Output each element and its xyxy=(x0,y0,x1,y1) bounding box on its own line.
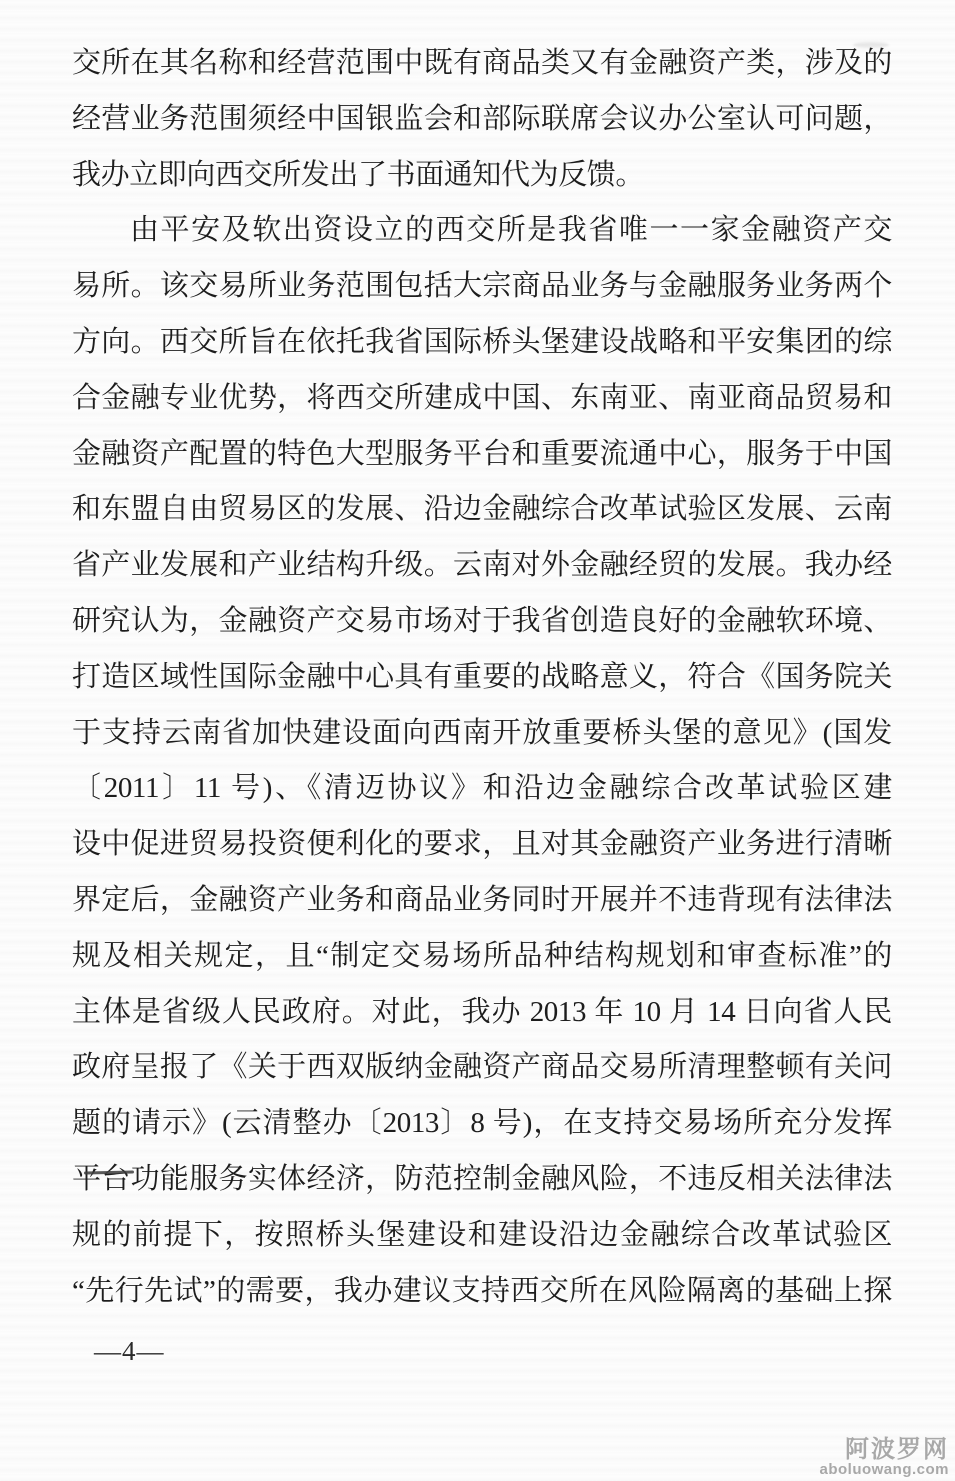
watermark-site-url: aboluowang.com xyxy=(819,1462,949,1478)
text-line: 交所在其名称和经营范围中既有商品类又有金融资产类，涉及的 xyxy=(72,36,892,92)
text-line: 主体是省级人民政府。对此，我办 2013 年 10 月 14 日向省人民 xyxy=(72,985,892,1041)
text-line: 于支持云南省加快建设面向西南开放重要桥头堡的意见》(国发 xyxy=(72,706,892,762)
text-line: 研究认为，金融资产交易市场对于我省创造良好的金融软环境、 xyxy=(72,594,892,650)
text-line: “先行先试”的需要，我办建议支持西交所在风险隔离的基础上探 xyxy=(72,1264,892,1320)
text-line: 合金融专业优势，将西交所建成中国、东南亚、南亚商品贸易和 xyxy=(72,371,892,427)
watermark-site-name: 阿波罗网 xyxy=(819,1437,949,1462)
text-line: 我办立即向西交所发出了书面通知代为反馈。 xyxy=(72,148,892,204)
text-line: 题的请示》(云清整办〔2013〕8 号)，在支持交易场所充分发挥 xyxy=(72,1096,892,1152)
text-line: 经营业务范围须经中国银监会和部际联席会议办公室认可问题， xyxy=(72,92,892,148)
text-line: 规的前提下，按照桥头堡建设和建设沿边金融综合改革试验区 xyxy=(72,1208,892,1264)
text-line: 易所。该交易所业务范围包括大宗商品业务与金融服务业务两个 xyxy=(72,259,892,315)
text-line: 〔2011〕11 号)、《清迈协议》和沿边金融综合改革试验区建 xyxy=(72,761,892,817)
text-line: 打造区域性国际金融中心具有重要的战略意义，符合《国务院关 xyxy=(72,650,892,706)
scan-smudge xyxy=(853,42,889,48)
watermark: 阿波罗网 aboluowang.com xyxy=(819,1437,949,1478)
text-line: 由平安及软出资设立的西交所是我省唯一一家金融资产交 xyxy=(72,203,892,259)
text-line: 金融资产配置的特色大型服务平台和重要流通中心，服务于中国 xyxy=(72,427,892,483)
document-body: 交所在其名称和经营范围中既有商品类又有金融资产类，涉及的经营业务范围须经中国银监… xyxy=(72,36,892,1319)
text-line: 设中促进贸易投资便利化的要求，且对其金融资产业务进行清晰 xyxy=(72,817,892,873)
text-line: 方向。西交所旨在依托我省国际桥头堡建设战略和平安集团的综 xyxy=(72,315,892,371)
text-line: 和东盟自由贸易区的发展、沿边金融综合改革试验区发展、云南 xyxy=(72,482,892,538)
text-line: 平台功能服务实体经济，防范控制金融风险，不违反相关法律法 xyxy=(72,1152,892,1208)
page-number: —4— xyxy=(94,1336,165,1367)
text-line: 界定后，金融资产业务和商品业务同时开展并不违背现有法律法 xyxy=(72,873,892,929)
text-line: 省产业发展和产业结构升级。云南对外金融经贸的发展。我办经 xyxy=(72,538,892,594)
text-line: 政府呈报了《关于西双版纳金融资产商品交易所清理整顿有关问 xyxy=(72,1040,892,1096)
text-line: 规及相关规定，且“制定交易场所品种结构规划和审查标准”的 xyxy=(72,929,892,985)
